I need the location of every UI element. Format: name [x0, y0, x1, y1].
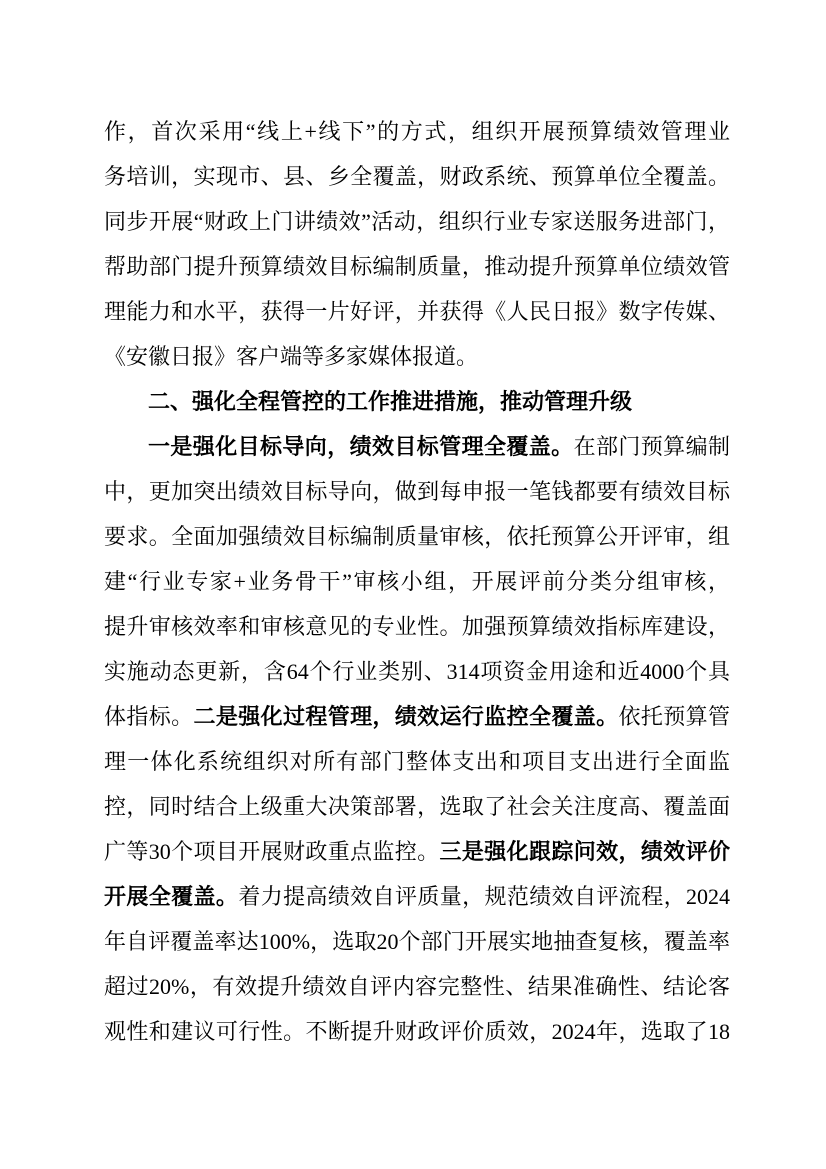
document-line: 观性和建议可行性。不断提升财政评价质效，2024年，选取了18	[104, 1009, 730, 1054]
document-line: 超过20%，有效提升绩效自评内容完整性、结果准确性、结论客	[104, 964, 730, 1009]
text-segment-body: 《安徽日报》客户端等多家媒体报道。	[104, 344, 478, 369]
document-line: 帮助部门提升预算绩效目标编制质量，推动提升预算单位绩效管	[104, 244, 730, 289]
text-segment-body: 依托预算管	[619, 704, 730, 729]
document-line: 一是强化目标导向，绩效目标管理全覆盖。在部门预算编制	[104, 424, 730, 469]
document-line: 要求。全面加强绩效目标编制质量审核，依托预算公开评审，组	[104, 514, 730, 559]
document-line: 年自评覆盖率达100%，选取20个部门开展实地抽查复核，覆盖率	[104, 919, 730, 964]
text-segment-body: 要求。全面加强绩效目标编制质量审核，依托预算公开评审，组	[104, 524, 730, 549]
document-line: 提升审核效率和审核意见的专业性。加强预算绩效指标库建设，	[104, 604, 730, 649]
document-line: 作，首次采用“线上+线下”的方式，组织开展预算绩效管理业	[104, 109, 730, 154]
text-segment-body: 实施动态更新，含64个行业类别、314项资金用途和近4000个具	[104, 659, 730, 684]
document-line: 理一体化系统组织对所有部门整体支出和项目支出进行全面监	[104, 739, 730, 784]
text-segment-bold: 开展全覆盖。	[104, 884, 238, 909]
text-segment-body: 年自评覆盖率达100%，选取20个部门开展实地抽查复核，覆盖率	[104, 929, 730, 954]
text-segment-body: 理一体化系统组织对所有部门整体支出和项目支出进行全面监	[104, 749, 730, 774]
document-line: 体指标。二是强化过程管理，绩效运行监控全覆盖。依托预算管	[104, 694, 730, 739]
text-segment-body: 中，更加突出绩效目标导向，做到每申报一笔钱都要有绩效目标	[104, 479, 730, 504]
document-line: 同步开展“财政上门讲绩效”活动，组织行业专家送服务进部门，	[104, 199, 730, 244]
text-segment-bold: 一是强化目标导向，绩效目标管理全覆盖。	[148, 434, 574, 459]
document-line: 二、强化全程管控的工作推进措施，推动管理升级	[104, 379, 730, 424]
document-line: 《安徽日报》客户端等多家媒体报道。	[104, 334, 730, 379]
text-segment-body: 帮助部门提升预算绩效目标编制质量，推动提升预算单位绩效管	[104, 254, 730, 279]
text-segment-body: 同步开展“财政上门讲绩效”活动，组织行业专家送服务进部门，	[104, 209, 730, 234]
document-line: 开展全覆盖。着力提高绩效自评质量，规范绩效自评流程，2024	[104, 874, 730, 919]
text-segment-body: 理能力和水平，获得一片好评，并获得《人民日报》数字传媒、	[104, 299, 730, 324]
document-text-block: 作，首次采用“线上+线下”的方式，组织开展预算绩效管理业务培训，实现市、县、乡全…	[104, 109, 730, 1054]
text-segment-bold: 二是强化过程管理，绩效运行监控全覆盖。	[193, 704, 618, 729]
text-segment-heading: 二、强化全程管控的工作推进措施，推动管理升级	[148, 389, 632, 414]
document-line: 中，更加突出绩效目标导向，做到每申报一笔钱都要有绩效目标	[104, 469, 730, 514]
text-segment-body: 观性和建议可行性。不断提升财政评价质效，2024年，选取了18	[104, 1019, 730, 1044]
text-segment-body: 控，同时结合上级重大决策部署，选取了社会关注度高、覆盖面	[104, 794, 730, 819]
text-segment-body: 超过20%，有效提升绩效自评内容完整性、结果准确性、结论客	[104, 974, 730, 999]
document-line: 广等30个项目开展财政重点监控。三是强化跟踪问效，绩效评价	[104, 829, 730, 874]
document-line: 务培训，实现市、县、乡全覆盖，财政系统、预算单位全覆盖。	[104, 154, 730, 199]
document-line: 理能力和水平，获得一片好评，并获得《人民日报》数字传媒、	[104, 289, 730, 334]
text-segment-body: 务培训，实现市、县、乡全覆盖，财政系统、预算单位全覆盖。	[104, 164, 730, 189]
document-line: 实施动态更新，含64个行业类别、314项资金用途和近4000个具	[104, 649, 730, 694]
text-segment-body: 作，首次采用“线上+线下”的方式，组织开展预算绩效管理业	[104, 119, 730, 144]
text-segment-body: 建“行业专家+业务骨干”审核小组，开展评前分类分组审核，	[104, 569, 730, 594]
text-segment-body: 着力提高绩效自评质量，规范绩效自评流程，2024	[238, 884, 730, 909]
text-segment-body: 体指标。	[104, 704, 193, 729]
text-segment-body: 在部门预算编制	[574, 434, 730, 459]
document-line: 控，同时结合上级重大决策部署，选取了社会关注度高、覆盖面	[104, 784, 730, 829]
document-line: 建“行业专家+业务骨干”审核小组，开展评前分类分组审核，	[104, 559, 730, 604]
text-segment-body: 提升审核效率和审核意见的专业性。加强预算绩效指标库建设，	[104, 614, 730, 639]
document-page: 作，首次采用“线上+线下”的方式，组织开展预算绩效管理业务培训，实现市、县、乡全…	[0, 0, 826, 1169]
text-segment-body: 广等30个项目开展财政重点监控。	[104, 839, 440, 864]
text-segment-bold: 三是强化跟踪问效，绩效评价	[440, 839, 730, 864]
